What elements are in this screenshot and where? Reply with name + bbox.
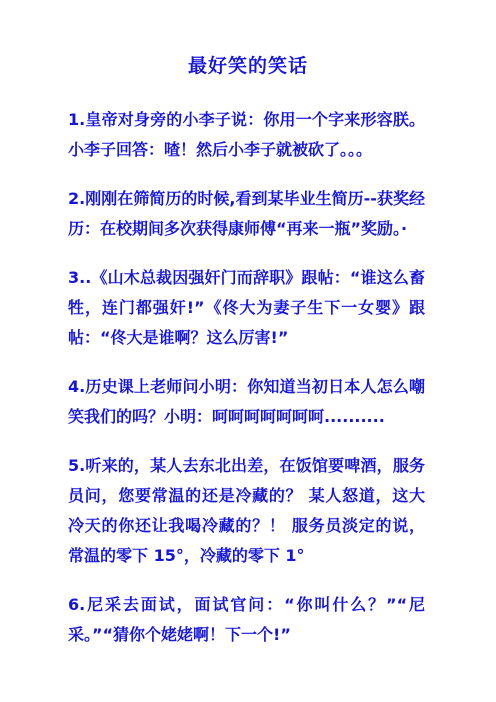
joke-paragraph-3: 3..《山木总裁因强奸门而辞职》跟帖：“谁这么畜牲，连门都强奸!”《佟大为妻子生… [68,263,425,353]
document-page: 最好笑的笑话 1.皇帝对身旁的小李子说：你用一个字来形容朕。 小李子回答：喳！然… [0,0,496,702]
document-body: 1.皇帝对身旁的小李子说：你用一个字来形容朕。 小李子回答：喳！然后小李子就被砍… [0,105,496,650]
joke-paragraph-5: 5.听来的，某人去东北出差，在饭馆要啤酒，服务员问，您要常温的还是冷藏的？ 某人… [68,451,425,571]
joke-paragraph-1: 1.皇帝对身旁的小李子说：你用一个字来形容朕。 小李子回答：喳！然后小李子就被砍… [68,105,425,165]
joke-paragraph-6: 6.尼采去面试，面试官问：“你叫什么？”“尼采。”“猜你个姥姥啊！下一个!” [68,590,425,650]
document-title: 最好笑的笑话 [0,0,496,79]
joke-paragraph-4: 4.历史课上老师问小明：你知道当初日本人怎么嘲笑我们的吗？小明：呵呵呵呵呵呵呵.… [68,372,425,432]
joke-paragraph-2: 2.刚刚在筛简历的时候,看到某毕业生简历--获奖经历：在校期间多次获得康师傅“再… [68,184,425,244]
